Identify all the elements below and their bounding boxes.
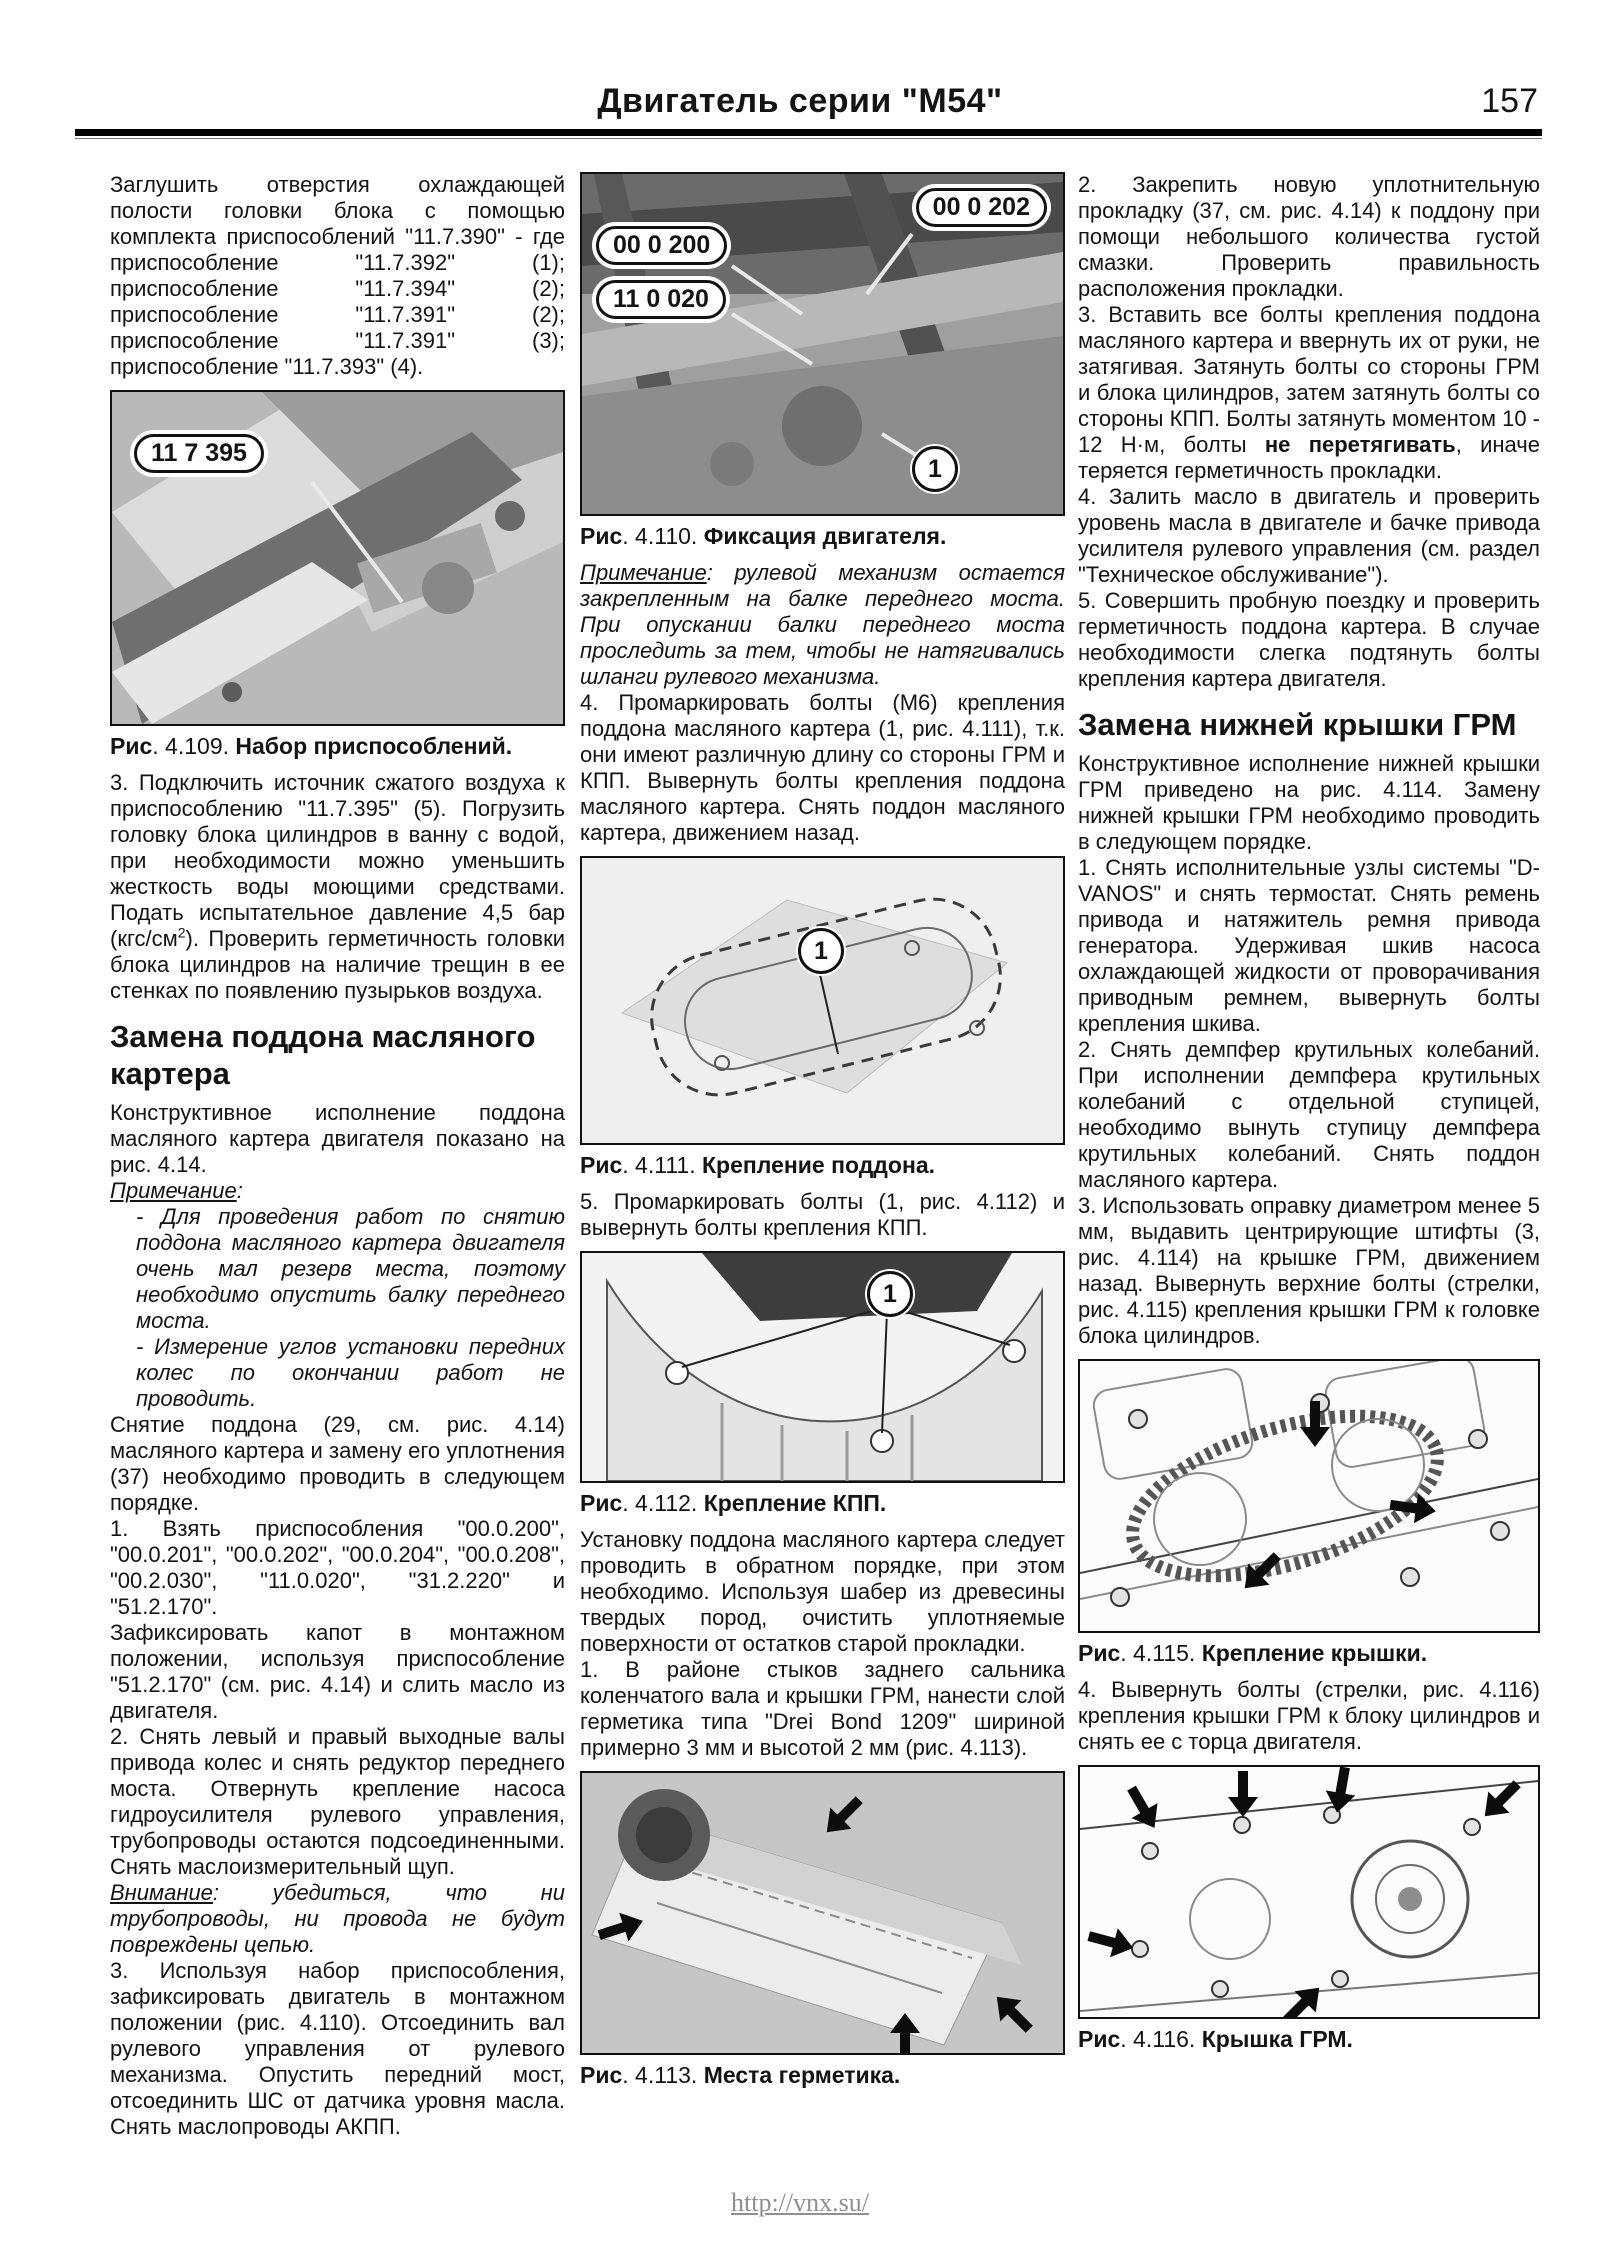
- figure-4-109: 11 7 395: [110, 390, 565, 726]
- figure-caption: Рис. 4.110. Фиксация двигателя.: [580, 522, 1065, 550]
- figure-4-115: [1078, 1359, 1540, 1633]
- section-heading-timing-cover: Замена нижней крышки ГРМ: [1078, 706, 1540, 743]
- paragraph: 3. Вставить все болты крепления поддона …: [1078, 302, 1540, 484]
- paragraph: 3. Используя набор приспособления, зафик…: [110, 1958, 565, 2140]
- tool-number-badge: 00 0 200: [596, 226, 727, 265]
- paragraph: Зафиксировать капот в монтажном положени…: [110, 1620, 565, 1724]
- paragraph: 1. Взять приспособления "00.0.200", "00.…: [110, 1516, 565, 1620]
- paragraph: 4. Залить масло в двигатель и проверить …: [1078, 484, 1540, 588]
- figure-4-115-drawing: [1080, 1361, 1538, 1631]
- paragraph: 5. Совершить пробную поездку и проверить…: [1078, 588, 1540, 692]
- note-label: Примечание:: [110, 1178, 565, 1204]
- warning-note: Внимание: убедиться, что ни трубопроводы…: [110, 1880, 565, 1958]
- page-title: Двигатель серии "М54": [0, 82, 1600, 121]
- figure-4-116-drawing: [1080, 1767, 1538, 2017]
- callout-marker: 1: [798, 928, 844, 974]
- tool-number-badge: 11 7 395: [134, 434, 264, 473]
- figure-caption: Рис. 4.112. Крепление КПП.: [580, 1489, 1065, 1517]
- paragraph: 3. Использовать оправку диаметром менее …: [1078, 1193, 1540, 1349]
- paragraph: 1. В районе стыков заднего сальника коле…: [580, 1657, 1065, 1761]
- paragraph: Снятие поддона (29, см. рис. 4.14) масля…: [110, 1412, 565, 1516]
- paragraph: Конструктивное исполнение поддона маслян…: [110, 1100, 565, 1178]
- paragraph: 1. Снять исполнительные узлы системы "D-…: [1078, 855, 1540, 1037]
- paragraph: 4. Вывернуть болты (стрелки, рис. 4.116)…: [1078, 1677, 1540, 1755]
- superscript: 2: [178, 925, 186, 941]
- bold-run: не перетягивать: [1265, 432, 1456, 457]
- section-heading-oil-pan: Замена поддона масляного картера: [110, 1018, 565, 1092]
- note-item: - Измерение углов установки передних кол…: [110, 1334, 565, 1412]
- paragraph: Установку поддона масляного картера след…: [580, 1527, 1065, 1657]
- paragraph: 2. Снять демпфер крутильных колебаний. П…: [1078, 1037, 1540, 1193]
- paragraph: 4. Промаркировать болты (М6) крепления п…: [580, 690, 1065, 846]
- header-rule: [75, 129, 1542, 136]
- header-rule-shadow: [75, 138, 1542, 139]
- figure-4-116: [1078, 1765, 1540, 2019]
- figure-4-112-drawing: [582, 1253, 1063, 1481]
- column-2: 00 0 202 00 0 200 11 0 020 1 Рис. 4.110.…: [580, 172, 1065, 2099]
- figure-caption: Рис. 4.109. Набор приспособлений.: [110, 732, 565, 760]
- figure-4-113-photo: [582, 1773, 1063, 2053]
- callout-marker: 1: [912, 446, 958, 492]
- manual-page: Двигатель серии "М54" 157 Заглушить отве…: [0, 0, 1600, 2263]
- paragraph: Конструктивное исполнение нижней крышки …: [1078, 751, 1540, 855]
- tool-number-badge: 00 0 202: [916, 188, 1047, 227]
- note: Примечание: рулевой механизм остается за…: [580, 560, 1065, 690]
- figure-4-112: 1: [580, 1251, 1065, 1483]
- page-number: 157: [1481, 82, 1538, 121]
- figure-caption: Рис. 4.115. Крепление крышки.: [1078, 1639, 1540, 1667]
- tool-number-badge: 11 0 020: [596, 280, 726, 319]
- figure-4-113: [580, 1771, 1065, 2055]
- paragraph: 5. Промаркировать болты (1, рис. 4.112) …: [580, 1189, 1065, 1241]
- paragraph: 3. Подключить источник сжатого воздуха к…: [110, 770, 565, 1004]
- figure-caption: Рис. 4.113. Места герметика.: [580, 2061, 1065, 2089]
- footer-link[interactable]: http://vnx.su/: [0, 2188, 1600, 2218]
- paragraph: 2. Снять левый и правый выходные валы пр…: [110, 1724, 565, 1880]
- figure-4-110: 00 0 202 00 0 200 11 0 020 1: [580, 172, 1065, 516]
- note-item: - Для проведения работ по снятию поддона…: [110, 1204, 565, 1334]
- paragraph: Заглушить отверстия охлаждающей полости …: [110, 172, 565, 380]
- figure-caption: Рис. 4.116. Крышка ГРМ.: [1078, 2025, 1540, 2053]
- callout-marker: 1: [867, 1271, 913, 1317]
- column-3: 2. Закрепить новую уплотнительную прокла…: [1078, 172, 1540, 2063]
- figure-caption: Рис. 4.111. Крепление поддона.: [580, 1151, 1065, 1179]
- column-1: Заглушить отверстия охлаждающей полости …: [110, 172, 565, 2140]
- figure-4-111: 1: [580, 856, 1065, 1145]
- figure-4-111-drawing: [582, 858, 1063, 1143]
- paragraph: 2. Закрепить новую уплотнительную прокла…: [1078, 172, 1540, 302]
